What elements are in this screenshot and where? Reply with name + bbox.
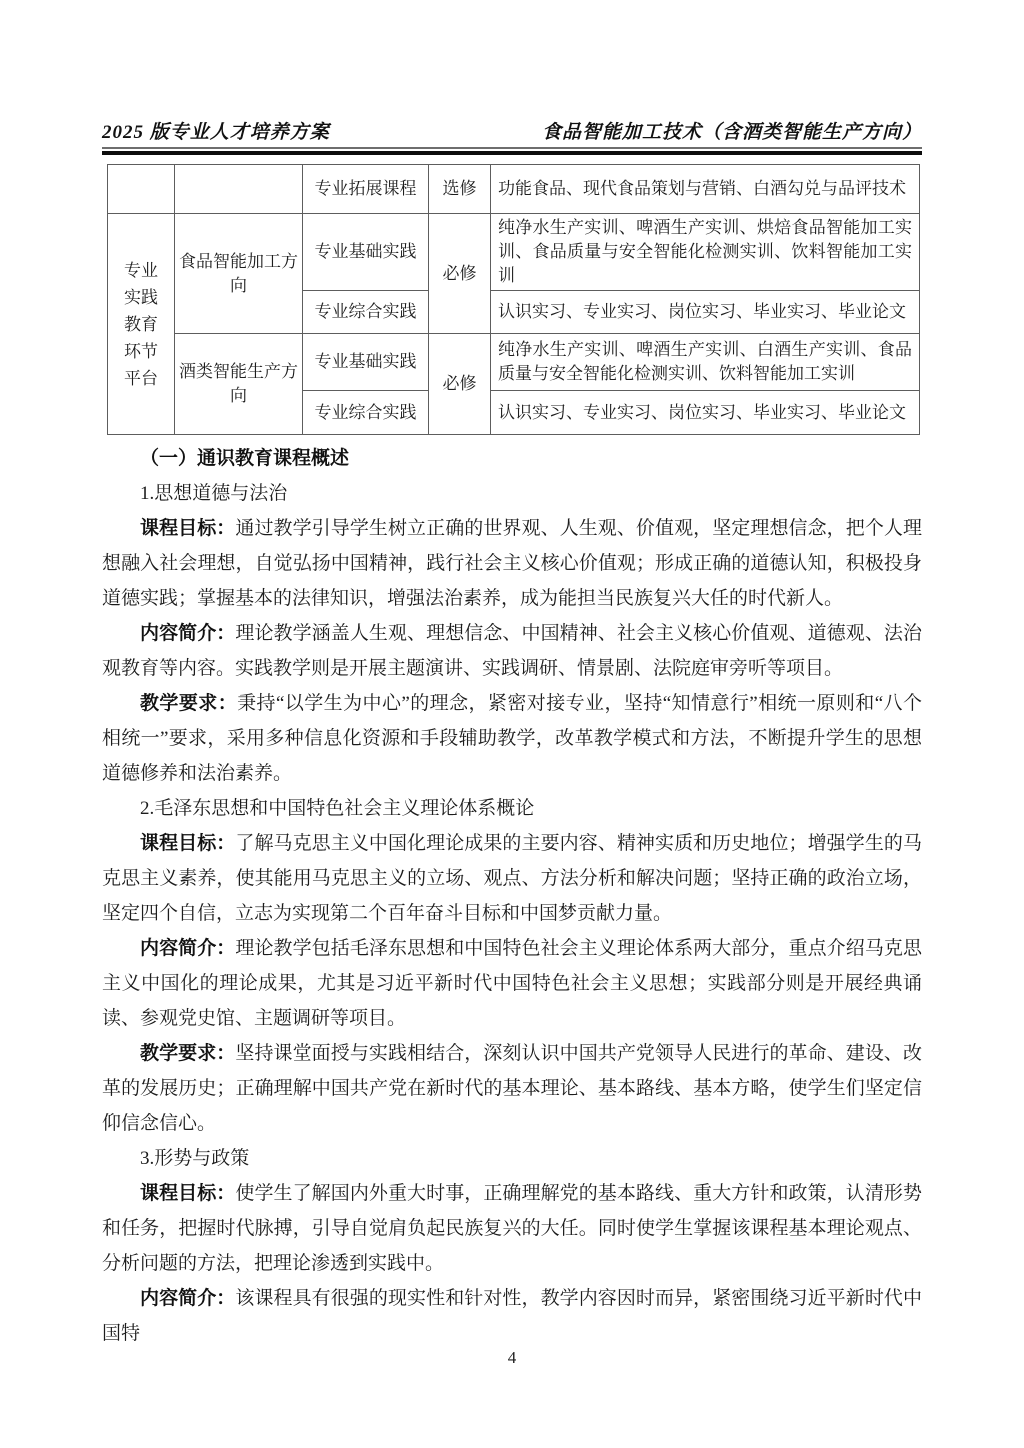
paragraph-label: 课程目标： [140, 518, 235, 539]
page-number: 4 [508, 1348, 517, 1367]
module-cell: 专业综合实践 [303, 391, 429, 435]
page-header: 2025 版专业人才培养方案 食品智能加工技术（含酒类智能生产方向） [102, 117, 922, 144]
platform-cell: 专业实践教育环节平台 [108, 214, 175, 435]
courses-cell: 认识实习、专业实习、岗位实习、毕业实习、毕业论文 [491, 291, 920, 334]
header-right-title: 食品智能加工技术（含酒类智能生产方向） [542, 117, 922, 144]
paragraph-course2-requirement: 教学要求：坚持课堂面授与实践相结合，深刻认识中国共产党领导人民进行的革命、建设、… [102, 1036, 922, 1141]
empty-direction-cell [175, 165, 303, 214]
direction-cell-liquor: 酒类智能生产方向 [175, 334, 303, 435]
requirement-cell: 选修 [429, 165, 491, 214]
paragraph-course1-requirement: 教学要求：秉持“以学生为中心”的理念，紧密对接专业，坚持“知情意行”相统一原则和… [102, 686, 922, 791]
paragraph-label: 教学要求： [140, 1043, 235, 1064]
courses-cell: 认识实习、专业实习、岗位实习、毕业实习、毕业论文 [491, 391, 920, 435]
paragraph-course2-intro: 内容简介：理论教学包括毛泽东思想和中国特色社会主义理论体系两大部分，重点介绍马克… [102, 931, 922, 1036]
courses-cell: 纯净水生产实训、啤酒生产实训、白酒生产实训、食品质量与安全智能化检测实训、饮料智… [491, 334, 920, 391]
paragraph-label: 教学要求： [140, 693, 237, 714]
practice-platform-table: 专业拓展课程 选修 功能食品、现代食品策划与营销、白酒勾兑与品评技术 专业实践教… [107, 164, 920, 435]
header-left-title: 2025 版专业人才培养方案 [102, 117, 330, 144]
section-heading: （一）通识教育课程概述 [102, 441, 922, 476]
table-row-extension: 专业拓展课程 选修 功能食品、现代食品策划与营销、白酒勾兑与品评技术 [108, 165, 920, 214]
course-title-3: 3.形势与政策 [102, 1141, 922, 1176]
header-rule-thin-line [102, 147, 922, 149]
direction-cell-food: 食品智能加工方向 [175, 214, 303, 334]
paragraph-label: 课程目标： [140, 1183, 235, 1204]
requirement-cell: 必修 [429, 214, 491, 334]
empty-platform-cell [108, 165, 175, 214]
header-rule [102, 147, 922, 155]
module-cell: 专业综合实践 [303, 291, 429, 334]
course-title-2: 2.毛泽东思想和中国特色社会主义理论体系概论 [102, 791, 922, 826]
table-row-liquor-basic: 酒类智能生产方向 专业基础实践 必修 纯净水生产实训、啤酒生产实训、白酒生产实训… [108, 334, 920, 391]
courses-cell: 纯净水生产实训、啤酒生产实训、烘焙食品智能加工实训、食品质量与安全智能化检测实训… [491, 214, 920, 291]
paragraph-label: 内容简介： [140, 938, 235, 959]
module-cell: 专业拓展课程 [303, 165, 429, 214]
courses-cell: 功能食品、现代食品策划与营销、白酒勾兑与品评技术 [491, 165, 920, 214]
body-content: （一）通识教育课程概述 1.思想道德与法治 课程目标：通过教学引导学生树立正确的… [102, 441, 922, 1351]
table-row-food-basic: 专业实践教育环节平台 食品智能加工方向 专业基础实践 必修 纯净水生产实训、啤酒… [108, 214, 920, 291]
document-page: 2025 版专业人才培养方案 食品智能加工技术（含酒类智能生产方向） 专业拓展课… [0, 0, 1024, 1448]
platform-label: 专业实践教育环节平台 [122, 257, 159, 392]
page-footer: 4 [0, 1348, 1024, 1368]
course-title-1: 1.思想道德与法治 [102, 476, 922, 511]
paragraph-course1-intro: 内容简介：理论教学涵盖人生观、理想信念、中国精神、社会主义核心价值观、道德观、法… [102, 616, 922, 686]
paragraph-label: 内容简介： [140, 1288, 235, 1309]
requirement-cell: 必修 [429, 334, 491, 435]
module-cell: 专业基础实践 [303, 334, 429, 391]
paragraph-course3-goal: 课程目标：使学生了解国内外重大时事，正确理解党的基本路线、重大方针和政策，认清形… [102, 1176, 922, 1281]
paragraph-course3-intro: 内容简介：该课程具有很强的现实性和针对性，教学内容因时而异，紧密围绕习近平新时代… [102, 1281, 922, 1351]
module-cell: 专业基础实践 [303, 214, 429, 291]
paragraph-course1-goal: 课程目标：通过教学引导学生树立正确的世界观、人生观、价值观，坚定理想信念，把个人… [102, 511, 922, 616]
paragraph-label: 课程目标： [140, 833, 235, 854]
paragraph-label: 内容简介： [140, 623, 235, 644]
header-rule-thick-line [102, 151, 922, 155]
paragraph-course2-goal: 课程目标：了解马克思主义中国化理论成果的主要内容、精神实质和历史地位；增强学生的… [102, 826, 922, 931]
